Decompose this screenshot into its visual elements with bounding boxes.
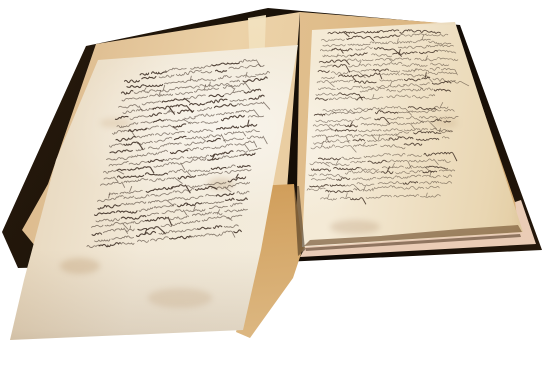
photo-canvas [0,0,550,367]
left-leaf-stain-spot [100,118,132,128]
left-leaf-stain-spot [60,258,100,274]
right-page-stain-spot [432,118,458,128]
left-leaf-stain-spot [148,288,212,308]
left-leaf-stain-spot [208,178,234,190]
right-page-stain-spot [330,220,380,234]
